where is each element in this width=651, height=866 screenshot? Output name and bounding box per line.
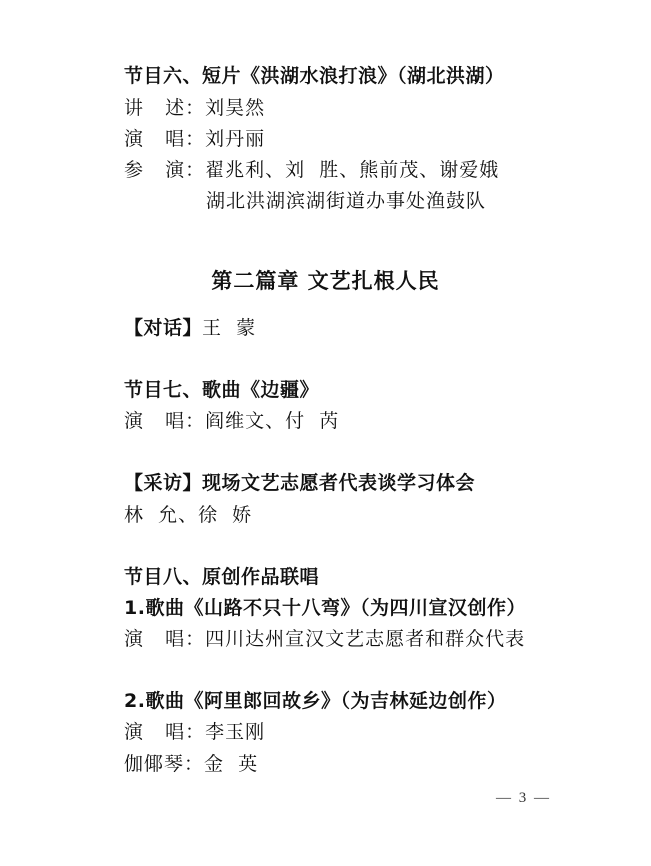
program6-participants-2: 湖北洪湖滨湖街道办事处渔鼓队 bbox=[206, 189, 486, 213]
page-number: — 3 — bbox=[496, 790, 551, 807]
program6-title: 节目六、短片《洪湖水浪打浪》（湖北洪湖） bbox=[124, 64, 505, 88]
interview-names: 林 允、徐 娇 bbox=[124, 503, 252, 527]
program8-song1-singing: 演 唱：四川达州宣汉文艺志愿者和群众代表 bbox=[124, 627, 525, 651]
dialogue-label: 【对话】 bbox=[124, 317, 202, 339]
dialogue-line: 【对话】王 蒙 bbox=[124, 316, 256, 340]
program8-song2-singing: 演 唱：李玉刚 bbox=[124, 720, 265, 744]
program6-participants: 参 演：翟兆利、刘 胜、熊前茂、谢爱娥 bbox=[124, 158, 499, 182]
program8-song2-gayageum: 伽倻琴：金 英 bbox=[124, 752, 258, 776]
program7-title: 节目七、歌曲《边疆》 bbox=[124, 378, 319, 402]
program8-song2: 2.歌曲《阿里郎回故乡》（为吉林延边创作） bbox=[124, 689, 506, 713]
chapter2-title: 第二篇章 文艺扎根人民 bbox=[0, 265, 651, 295]
program6-singing: 演 唱：刘丹丽 bbox=[124, 127, 265, 151]
program6-narration: 讲 述：刘昊然 bbox=[124, 96, 265, 120]
dialogue-name: 王 蒙 bbox=[202, 317, 256, 339]
program8-song1: 1.歌曲《山路不只十八弯》（为四川宣汉创作） bbox=[124, 596, 526, 620]
interview-title: 【采访】现场文艺志愿者代表谈学习体会 bbox=[124, 471, 475, 495]
program8-title: 节目八、原创作品联唱 bbox=[124, 565, 319, 589]
program7-singing: 演 唱：阎维文、付 芮 bbox=[124, 409, 339, 433]
